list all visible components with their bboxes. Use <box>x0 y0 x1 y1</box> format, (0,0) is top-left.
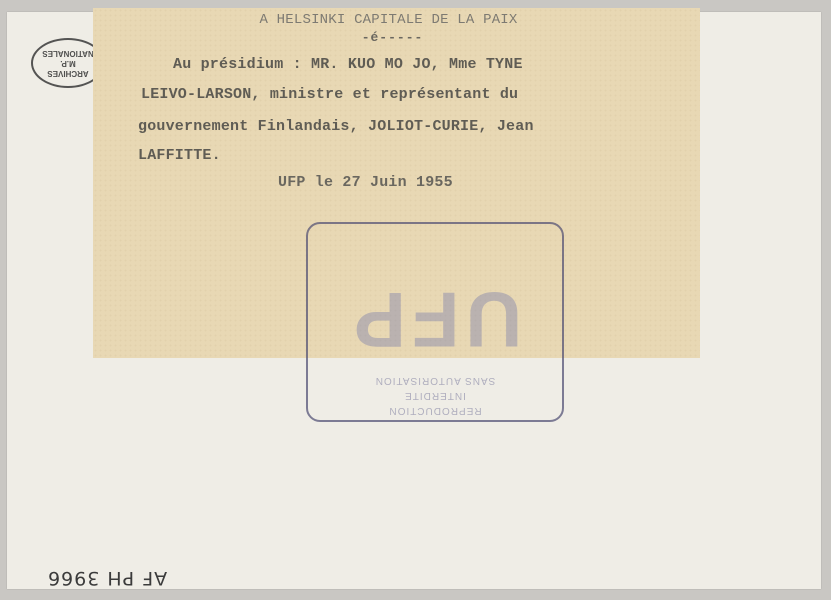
ufp-stamp-line: INTERDITE <box>404 390 466 401</box>
caption-line: gouvernement Finlandais, JOLIOT-CURIE, J… <box>138 118 534 135</box>
caption-line: LEIVO-LARSON, ministre et représentant d… <box>141 86 518 103</box>
handwritten-reference: AF PH 3966 <box>47 567 167 589</box>
stamp-line-archives: ARCHIVES <box>47 68 88 78</box>
caption-line: Au présidium : MR. KUO MO JO, Mme TYNE <box>173 56 523 73</box>
caption-signature-date: UFP le 27 Juin 1955 <box>278 174 453 191</box>
ufp-stamp-line: REPRODUCTION <box>388 405 481 416</box>
stamp-line-nationales: NATIONALES <box>42 48 93 58</box>
ufp-stamp-line: SANS AUTORISATION <box>375 375 496 386</box>
caption-divider: -é----- <box>89 30 696 45</box>
ufp-copyright-stamp: REPRODUCTION INTERDITE SANS AUTORISATION… <box>306 222 564 422</box>
caption-title: A HELSINKI CAPITALE DE LA PAIX <box>85 12 692 28</box>
stamp-line-mp: M.P. <box>60 58 75 68</box>
ufp-logo: UFP <box>348 274 522 365</box>
caption-line: LAFFITTE. <box>138 147 221 164</box>
